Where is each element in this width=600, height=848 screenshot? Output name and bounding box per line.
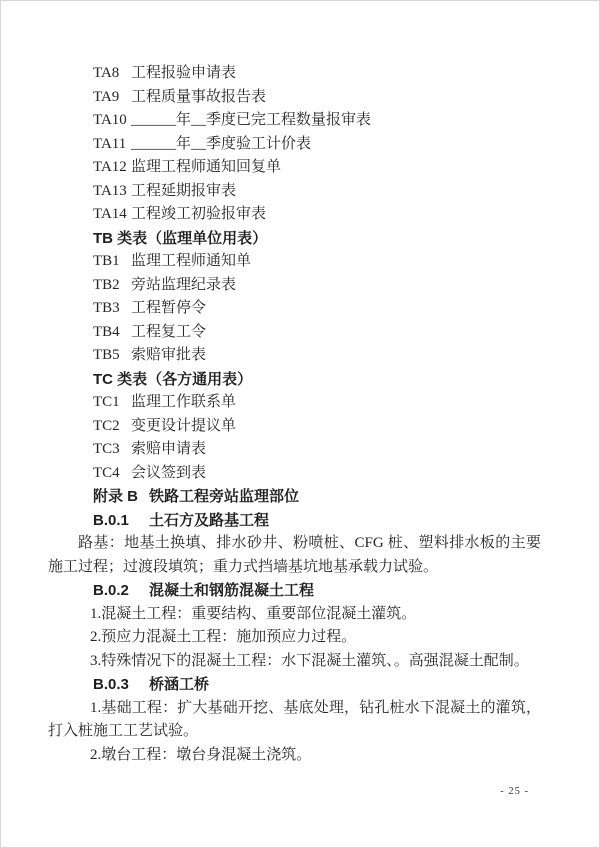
line-text: 索赔申请表 xyxy=(131,441,206,457)
line-text: 会议签到表 xyxy=(131,465,206,481)
line-label: TB3 xyxy=(93,297,131,321)
line-label: 附录 B xyxy=(93,485,141,509)
line-text: 1.基础工程：扩大基础开挖、基底处理，钻孔桩水下混凝土的灌筑，打入桩施工工艺试验… xyxy=(48,700,541,740)
toc-item: TB4工程复工令 xyxy=(48,321,541,345)
toc-item: TA11______年__季度验工计价表 xyxy=(48,133,541,157)
clause-heading: B.0.1土石方及路基工程 xyxy=(48,509,541,533)
line-text: 铁路工程旁站监理部位 xyxy=(149,488,299,505)
line-text: 旁站监理纪录表 xyxy=(131,277,236,293)
line-text: 路基：地基土换填、排水砂井、粉喷桩、CFG 桩、塑料排水板的主要施工过程；过渡段… xyxy=(48,535,541,575)
line-text: 2.预应力混凝土工程：施加预应力过程。 xyxy=(90,629,356,645)
toc-item: TB5索赔审批表 xyxy=(48,344,541,368)
line-text: 工程复工令 xyxy=(131,324,206,340)
line-text: TC 类表（各方通用表） xyxy=(93,371,252,388)
document-body: TA8工程报验申请表TA9工程质量事故报告表TA10______年__季度已完工… xyxy=(48,62,541,767)
line-label: TA13 xyxy=(93,180,131,204)
numbered-paragraph: 3.特殊情况下的混凝土工程：水下混凝土灌筑、。高强混凝土配制。 xyxy=(48,650,541,674)
line-text: 工程质量事故报告表 xyxy=(131,89,266,105)
clause-heading: B.0.2混凝土和钢筋混凝土工程 xyxy=(48,579,541,603)
line-label: TC2 xyxy=(93,415,131,439)
line-text: 变更设计提议单 xyxy=(131,418,236,434)
line-text: 工程暂停令 xyxy=(131,300,206,316)
line-label: TA8 xyxy=(93,62,131,86)
page-number: - 25 - xyxy=(500,785,529,799)
toc-item: TB1监理工程师通知单 xyxy=(48,250,541,274)
line-text: 索赔审批表 xyxy=(131,347,206,363)
toc-item: TA13工程延期报审表 xyxy=(48,180,541,204)
numbered-paragraph: 2.墩台工程：墩台身混凝土浇筑。 xyxy=(48,744,541,768)
line-label: TA12 xyxy=(93,156,131,180)
line-text: 工程竣工初验报审表 xyxy=(131,206,266,222)
line-label: TA10 xyxy=(93,109,131,133)
numbered-paragraph: 1.基础工程：扩大基础开挖、基底处理，钻孔桩水下混凝土的灌筑，打入桩施工工艺试验… xyxy=(48,697,541,744)
line-text: 桥涵工桥 xyxy=(149,676,209,693)
line-text: ______年__季度验工计价表 xyxy=(131,136,311,152)
line-text: 混凝土和钢筋混凝土工程 xyxy=(149,582,314,599)
line-label: TA9 xyxy=(93,86,131,110)
toc-item: TB2旁站监理纪录表 xyxy=(48,274,541,298)
line-text: 监理工程师通知回复单 xyxy=(131,159,281,175)
toc-item: TB3工程暂停令 xyxy=(48,297,541,321)
line-label: B.0.1 xyxy=(93,509,141,533)
clause-heading: B.0.3桥涵工桥 xyxy=(48,673,541,697)
appendix-heading: 附录 B铁路工程旁站监理部位 xyxy=(48,485,541,509)
line-label: TC4 xyxy=(93,462,131,486)
line-text: 工程延期报审表 xyxy=(131,183,236,199)
line-label: B.0.2 xyxy=(93,579,141,603)
toc-item: TC2变更设计提议单 xyxy=(48,415,541,439)
toc-item: TC1监理工作联系单 xyxy=(48,391,541,415)
line-text: 3.特殊情况下的混凝土工程：水下混凝土灌筑、。高强混凝土配制。 xyxy=(90,653,529,669)
line-text: ______年__季度已完工程数量报审表 xyxy=(131,112,371,128)
line-label: TB4 xyxy=(93,321,131,345)
toc-item: TA14工程竣工初验报审表 xyxy=(48,203,541,227)
line-text: 1.混凝土工程：重要结构、重要部位混凝土灌筑。 xyxy=(90,606,416,622)
toc-item: TC3索赔申请表 xyxy=(48,438,541,462)
line-label: B.0.3 xyxy=(93,673,141,697)
line-label: TC1 xyxy=(93,391,131,415)
line-text: 监理工程师通知单 xyxy=(131,253,251,269)
body-paragraph: 路基：地基土换填、排水砂井、粉喷桩、CFG 桩、塑料排水板的主要施工过程；过渡段… xyxy=(48,532,541,579)
section-heading: TB 类表（监理单位用表） xyxy=(48,227,541,251)
toc-item: TA10______年__季度已完工程数量报审表 xyxy=(48,109,541,133)
line-text: 土石方及路基工程 xyxy=(149,512,269,529)
numbered-paragraph: 2.预应力混凝土工程：施加预应力过程。 xyxy=(48,626,541,650)
line-text: 2.墩台工程：墩台身混凝土浇筑。 xyxy=(90,747,311,763)
section-heading: TC 类表（各方通用表） xyxy=(48,368,541,392)
line-label: TB5 xyxy=(93,344,131,368)
line-text: 工程报验申请表 xyxy=(131,65,236,81)
line-label: TA11 xyxy=(93,133,131,157)
numbered-paragraph: 1.混凝土工程：重要结构、重要部位混凝土灌筑。 xyxy=(48,603,541,627)
toc-item: TA9工程质量事故报告表 xyxy=(48,86,541,110)
toc-item: TA8工程报验申请表 xyxy=(48,62,541,86)
line-label: TC3 xyxy=(93,438,131,462)
line-label: TB1 xyxy=(93,250,131,274)
line-text: 监理工作联系单 xyxy=(131,394,236,410)
toc-item: TC4会议签到表 xyxy=(48,462,541,486)
line-text: TB 类表（监理单位用表） xyxy=(93,230,267,247)
document-page: TA8工程报验申请表TA9工程质量事故报告表TA10______年__季度已完工… xyxy=(0,0,600,848)
line-label: TA14 xyxy=(93,203,131,227)
toc-item: TA12监理工程师通知回复单 xyxy=(48,156,541,180)
line-label: TB2 xyxy=(93,274,131,298)
